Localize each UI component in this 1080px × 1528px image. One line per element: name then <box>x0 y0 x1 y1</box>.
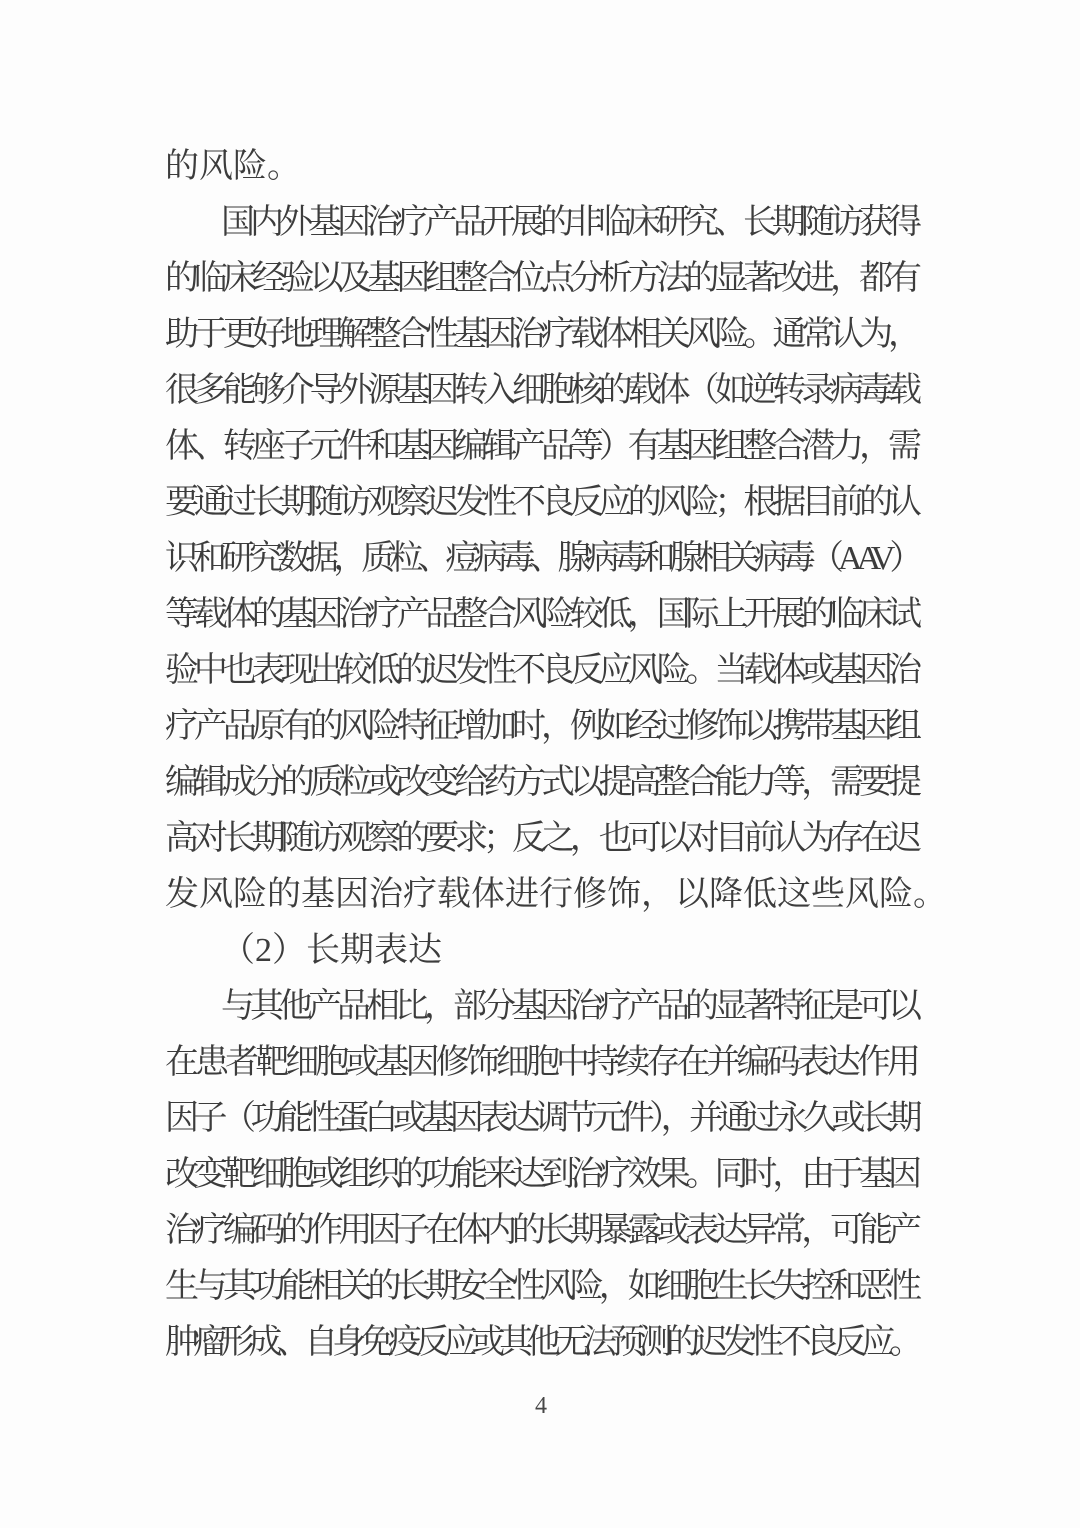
text-line: 编辑成分的质粒或改变给药方式以提高整合能力等，需要提 <box>165 755 917 811</box>
text-line: 识和研究数据，质粒、痘病毒、腺病毒和腺相关病毒（AAV） <box>165 531 917 587</box>
text-line: 很多能够介导外源基因转入细胞核的载体（如逆转录病毒载 <box>165 363 917 419</box>
text-line: 肿瘤形成、自身免疫反应或其他无法预测的迟发性不良反应。 <box>165 1315 917 1371</box>
text-line: 因子（功能性蛋白或基因表达调节元件），并通过永久或长期 <box>165 1091 917 1147</box>
section-heading: （2）长期表达 <box>165 923 917 979</box>
text-line: 等载体的基因治疗产品整合风险较低，国际上开展的临床试 <box>165 587 917 643</box>
text-line: 的临床经验以及基因组整合位点分析方法的显著改进，都有 <box>165 251 917 307</box>
text-line: 疗产品原有的风险特征增加时，例如经过修饰以携带基因组 <box>165 699 917 755</box>
text-line: 助于更好地理解整合性基因治疗载体相关风险。通常认为， <box>165 307 917 363</box>
text-line: 高对长期随访观察的要求；反之，也可以对目前认为存在迟 <box>165 811 917 867</box>
text-line: 验中也表现出较低的迟发性不良反应风险。当载体或基因治 <box>165 643 917 699</box>
document-page: 的风险。 国内外基因治疗产品开展的非临床研究、长期随访获得 的临床经验以及基因组… <box>0 0 1080 1528</box>
page-number: 4 <box>165 1390 917 1422</box>
text-line: 在患者靶细胞或基因修饰细胞中持续存在并编码表达作用 <box>165 1035 917 1091</box>
text-line: 与其他产品相比，部分基因治疗产品的显著特征是可以 <box>165 979 917 1035</box>
text-line: 发风险的基因治疗载体进行修饰，以降低这些风险。 <box>165 867 917 923</box>
text-line: 国内外基因治疗产品开展的非临床研究、长期随访获得 <box>165 195 917 251</box>
text-line: 的风险。 <box>165 139 917 195</box>
text-line: 生与其功能相关的长期安全性风险，如细胞生长失控和恶性 <box>165 1259 917 1315</box>
body-text: 的风险。 国内外基因治疗产品开展的非临床研究、长期随访获得 的临床经验以及基因组… <box>165 139 917 1371</box>
text-line: 治疗编码的作用因子在体内的长期暴露或表达异常，可能产 <box>165 1203 917 1259</box>
text-line: 要通过长期随访观察迟发性不良反应的风险；根据目前的认 <box>165 475 917 531</box>
text-line: 体、转座子元件和基因编辑产品等）有基因组整合潜力，需 <box>165 419 917 475</box>
text-line: 改变靶细胞或组织的功能来达到治疗效果。同时，由于基因 <box>165 1147 917 1203</box>
